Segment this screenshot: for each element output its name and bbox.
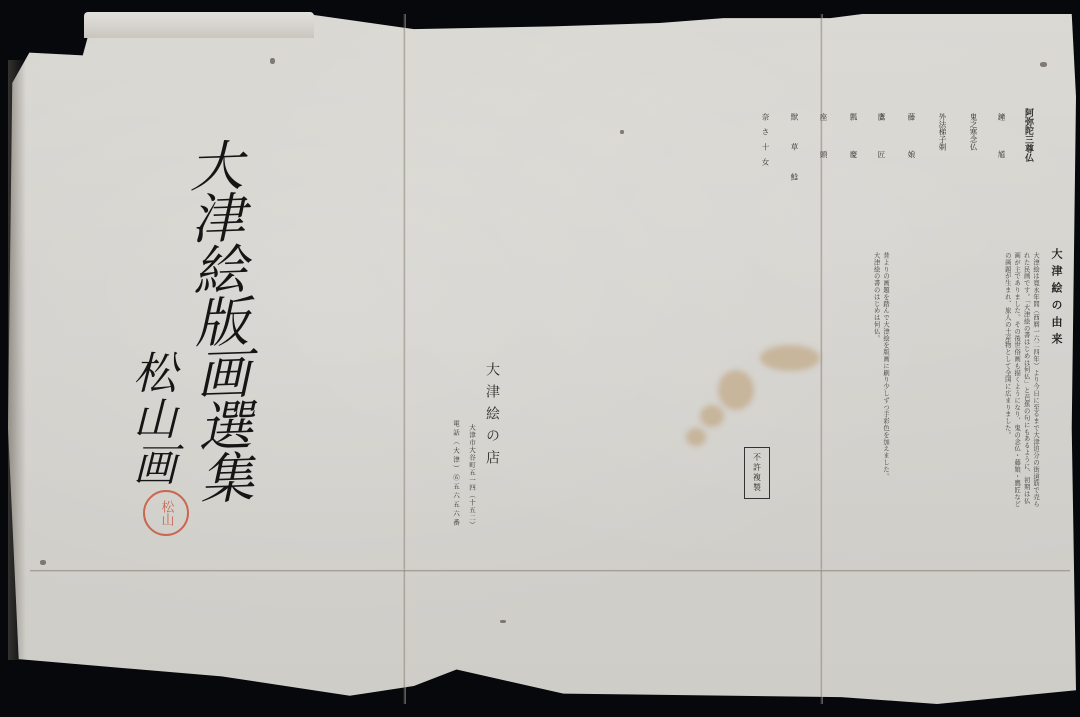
essay-title: 大津絵の由来	[1048, 248, 1064, 350]
contents-item: 座 頭	[818, 113, 829, 198]
artist-signature: 松山画	[128, 350, 172, 488]
fiber-speck	[40, 560, 46, 565]
water-stain	[700, 405, 724, 427]
curled-paper-edge	[84, 12, 314, 38]
shop-name: 大津絵の店	[482, 362, 502, 472]
contents-item: 獣 草 鯰	[789, 113, 800, 198]
photo-scene: 大津絵版画選集 松山画 松山 大津絵の店 大津市大谷町五一四（十五二） 電話（大…	[0, 0, 1080, 717]
worn-left-edge	[8, 60, 26, 660]
contents-item: 鷹 匠	[876, 113, 887, 198]
fold-line-horizontal	[30, 569, 1070, 572]
fold-line-vertical-1	[403, 14, 406, 704]
fiber-speck	[1040, 62, 1047, 67]
calligraphy-title: 大津絵版画選集	[184, 137, 251, 503]
essay-notes: 昔よりの画題を踏んで大津絵を版画に刷り少しずつ手彩色を加えました。大津絵の書のは…	[770, 252, 890, 482]
water-stain	[686, 428, 706, 446]
contents-item: 外法梯子剃	[937, 113, 948, 198]
essay-body: 大津絵は寛永年間（西暦一六二四年）より今日に至るまで大津追分の街道筋で売られた民…	[900, 252, 1040, 510]
fiber-speck	[620, 130, 624, 134]
fiber-speck	[500, 620, 506, 623]
contents-item: 鐘 馗	[996, 113, 1007, 198]
shop-telephone: 電話（大津）⑥五六五六番	[452, 420, 461, 528]
shop-address: 大津市大谷町五一四（十五二）	[468, 424, 477, 529]
contents-item: 奈 さ 十 女	[760, 113, 771, 198]
contents-item: 鬼之寒念仏	[968, 113, 979, 198]
contents-item: 瓢 慶	[848, 113, 859, 198]
fiber-speck	[270, 58, 275, 64]
red-seal-stamp: 松山	[143, 490, 189, 536]
copyright-notice-box: 不許複製	[744, 447, 770, 499]
contents-item: 阿弥陀三尊仏	[1022, 108, 1035, 193]
contents-item: 藤 娘	[906, 113, 917, 198]
water-stain	[718, 370, 754, 410]
